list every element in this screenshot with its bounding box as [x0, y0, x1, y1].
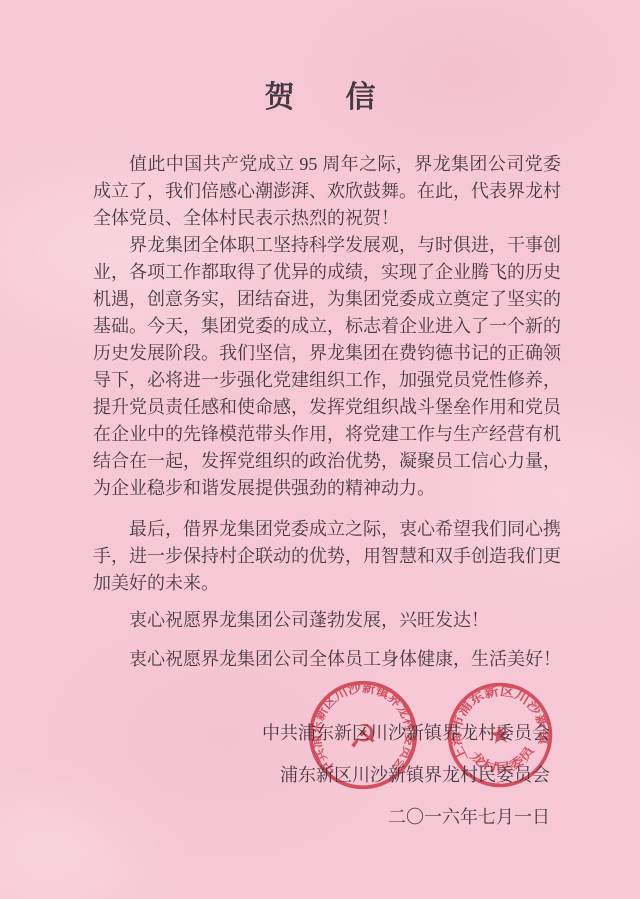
letter-body: 值此中国共产党成立 95 周年之际，界龙集团公司党委成立了，我们倍感心潮澎湃、欢…: [93, 151, 561, 673]
signature-line-village-committee: 浦东新区川沙新镇界龙村民委员会: [262, 766, 550, 784]
signature-block: 中共浦东新区川沙新镇界龙村委员会 浦东新区川沙新镇界龙村民委员会 二〇一六年七月…: [262, 724, 550, 826]
paragraph-5-wish-line: 衷心祝愿界龙集团公司全体员工身体健康，生活美好！: [93, 646, 561, 673]
paragraph-2: 界龙集团全体职工坚持科学发展观，与时俱进，干事创业，各项工作都取得了优异的成绩，…: [93, 232, 561, 502]
congratulation-letter-page: 贺 信 值此中国共产党成立 95 周年之际，界龙集团公司党委成立了，我们倍感心潮…: [0, 0, 640, 899]
paragraph-4-wish-line: 衷心祝愿界龙集团公司蓬勃发展，兴旺发达！: [93, 607, 561, 634]
letter-date: 二〇一六年七月一日: [262, 808, 550, 826]
paragraph-3: 最后，借界龙集团党委成立之际，衷心希望我们同心携手，进一步保持村企联动的优势，用…: [93, 516, 561, 597]
signature-line-party-committee: 中共浦东新区川沙新镇界龙村委员会: [262, 724, 550, 742]
paragraph-1: 值此中国共产党成立 95 周年之际，界龙集团公司党委成立了，我们倍感心潮澎湃、欢…: [93, 151, 561, 232]
letter-title: 贺 信: [0, 72, 640, 116]
